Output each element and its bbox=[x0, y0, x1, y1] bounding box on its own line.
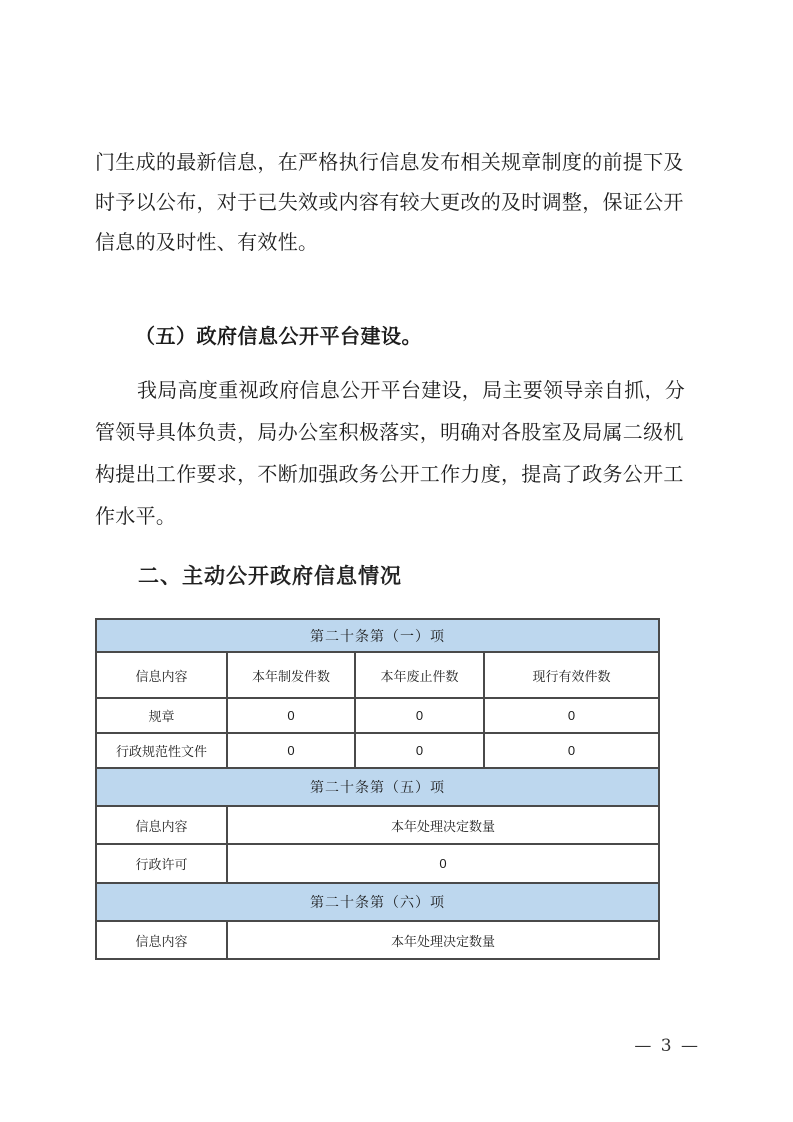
table-band-article20-item6: 第二十条第（六）项 bbox=[96, 883, 659, 921]
column-header: 本年处理决定数量 bbox=[227, 806, 659, 844]
document-page: 门生成的最新信息，在严格执行信息发布相关规章制度的前提下及 时予以公布，对于已失… bbox=[0, 0, 793, 1122]
cell-value: 0 bbox=[227, 844, 659, 883]
row-label: 规章 bbox=[96, 698, 227, 733]
cell-value: 0 bbox=[484, 698, 659, 733]
paragraph-line: 我局高度重视政府信息公开平台建设，局主要领导亲自抓，分 bbox=[95, 369, 701, 411]
table-band-article20-item1: 第二十条第（一）项 bbox=[96, 619, 659, 652]
band-label: 第二十条第（一）项 bbox=[96, 619, 659, 652]
cell-value: 0 bbox=[355, 698, 484, 733]
row-label: 行政规范性文件 bbox=[96, 733, 227, 768]
table-header-row: 信息内容 本年制发件数 本年废止件数 现行有效件数 bbox=[96, 652, 659, 698]
paragraph-continuation: 门生成的最新信息，在严格执行信息发布相关规章制度的前提下及 时予以公布，对于已失… bbox=[95, 142, 701, 262]
cell-value: 0 bbox=[227, 698, 355, 733]
table-header-row: 信息内容 本年处理决定数量 bbox=[96, 806, 659, 844]
document-body: 门生成的最新信息，在严格执行信息发布相关规章制度的前提下及 时予以公布，对于已失… bbox=[95, 142, 701, 960]
paragraph-platform: 我局高度重视政府信息公开平台建设，局主要领导亲自抓，分 管领导具体负责，局办公室… bbox=[95, 369, 701, 537]
heading-section-five: （五）政府信息公开平台建设。 bbox=[95, 316, 701, 356]
paragraph-line: 作水平。 bbox=[95, 495, 701, 537]
column-header: 本年废止件数 bbox=[355, 652, 484, 698]
table-band-article20-item5: 第二十条第（五）项 bbox=[96, 768, 659, 806]
cell-value: 0 bbox=[355, 733, 484, 768]
table-row-administrative-license: 行政许可 0 bbox=[96, 844, 659, 883]
paragraph-line: 时予以公布，对于已失效或内容有较大更改的及时调整，保证公开 bbox=[95, 182, 701, 222]
column-header: 信息内容 bbox=[96, 652, 227, 698]
column-header: 现行有效件数 bbox=[484, 652, 659, 698]
row-label: 行政许可 bbox=[96, 844, 227, 883]
column-header: 本年处理决定数量 bbox=[227, 921, 659, 959]
paragraph-line: 信息的及时性、有效性。 bbox=[95, 222, 701, 262]
cell-value: 0 bbox=[227, 733, 355, 768]
paragraph-line: 构提出工作要求，不断加强政务公开工作力度，提高了政务公开工 bbox=[95, 453, 701, 495]
band-label: 第二十条第（五）项 bbox=[96, 768, 659, 806]
column-header: 信息内容 bbox=[96, 806, 227, 844]
paragraph-line: 门生成的最新信息，在严格执行信息发布相关规章制度的前提下及 bbox=[95, 142, 701, 182]
page-number: — 3 — bbox=[634, 1036, 700, 1056]
cell-value: 0 bbox=[484, 733, 659, 768]
table-row-regulations: 规章 0 0 0 bbox=[96, 698, 659, 733]
column-header: 本年制发件数 bbox=[227, 652, 355, 698]
paragraph-line: 管领导具体负责，局办公室积极落实，明确对各股室及局属二级机 bbox=[95, 411, 701, 453]
table-header-row: 信息内容 本年处理决定数量 bbox=[96, 921, 659, 959]
disclosure-table: 第二十条第（一）项 信息内容 本年制发件数 本年废止件数 现行有效件数 规章 0… bbox=[95, 618, 660, 960]
column-header: 信息内容 bbox=[96, 921, 227, 959]
band-label: 第二十条第（六）项 bbox=[96, 883, 659, 921]
heading-section-two: 二、主动公开政府信息情况 bbox=[95, 557, 701, 597]
table-row-normative-documents: 行政规范性文件 0 0 0 bbox=[96, 733, 659, 768]
